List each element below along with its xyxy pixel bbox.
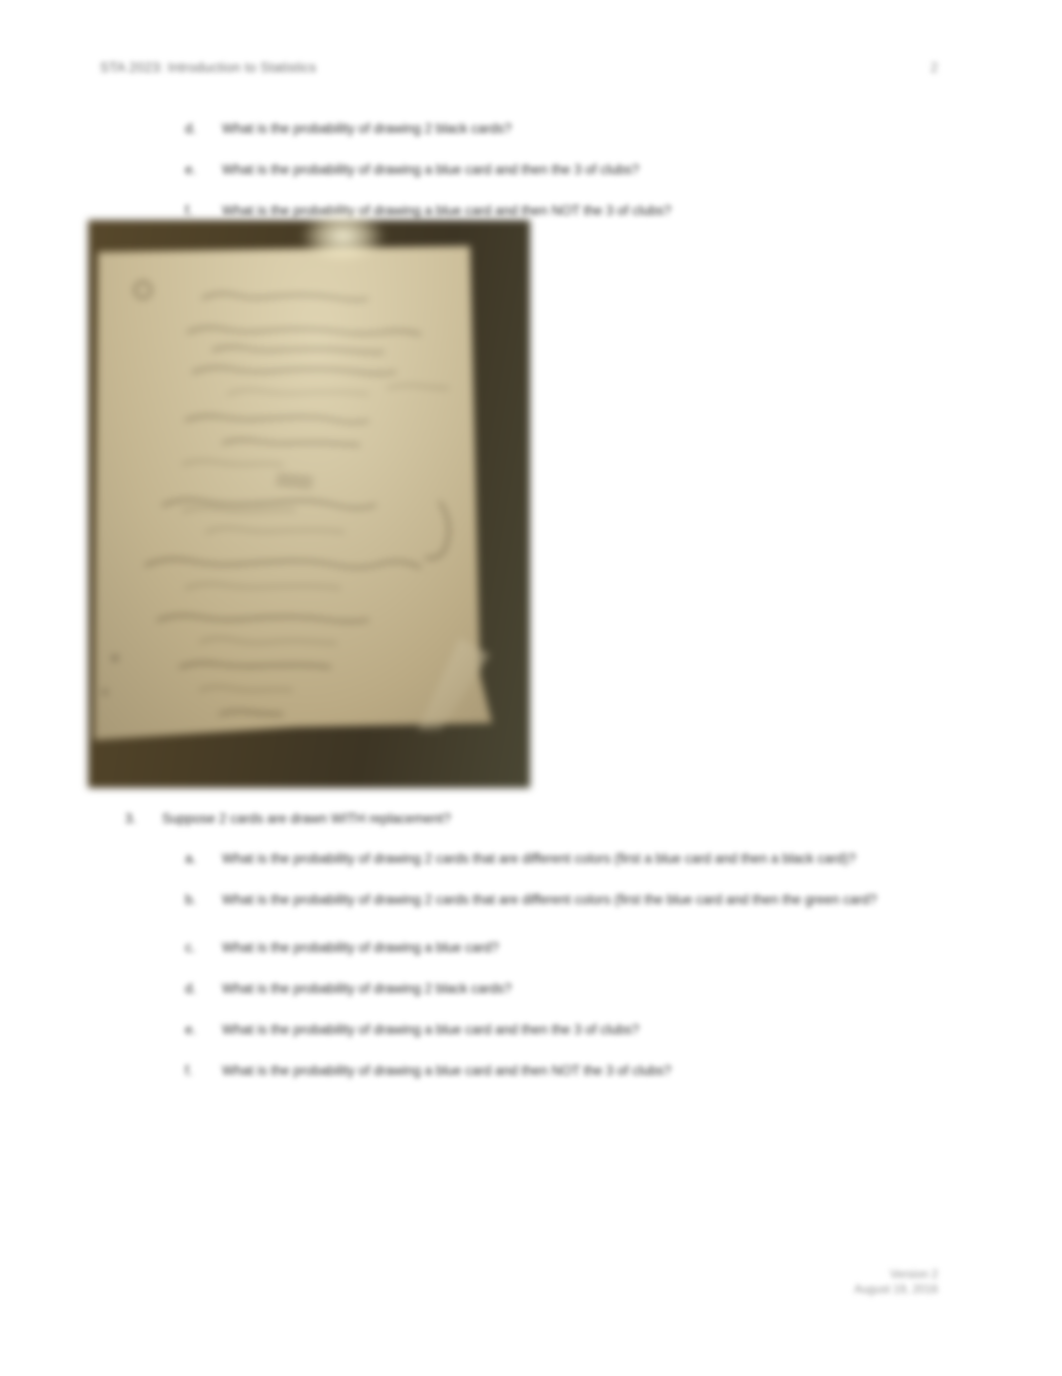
list-item: f. What is the probability of drawing a …	[185, 204, 945, 218]
list-item-text: What is the probability of drawing 2 car…	[222, 852, 856, 866]
list-marker: d.	[185, 122, 222, 136]
list-item: c. What is the probability of drawing a …	[185, 941, 1005, 955]
document-page: STA 2023: Introduction to Statistics 2 d…	[0, 0, 1062, 1376]
page-footer: Version 2 August 19, 2016	[854, 1268, 938, 1298]
list-marker: d.	[185, 982, 222, 996]
list-item: a. What is the probability of drawing 2 …	[185, 852, 1005, 866]
list-item: d. What is the probability of drawing 2 …	[185, 982, 1005, 996]
page-header: STA 2023: Introduction to Statistics 2	[100, 60, 938, 75]
footer-line2: August 19, 2016	[854, 1283, 938, 1298]
page-number: 2	[930, 60, 938, 75]
handwritten-notes-photo	[88, 220, 530, 788]
list-marker: f.	[185, 1064, 222, 1078]
question3-subitems: a. What is the probability of drawing 2 …	[185, 852, 1005, 1078]
list-marker: c.	[185, 941, 222, 955]
question3-text: Suppose 2 cards are drawn WITH replaceme…	[162, 812, 451, 826]
list-item: e. What is the probability of drawing a …	[185, 163, 945, 177]
footer-line1: Version 2	[854, 1268, 938, 1283]
list-item: b. What is the probability of drawing 2 …	[185, 893, 1005, 907]
list-marker: e.	[185, 1023, 222, 1037]
list-item: e. What is the probability of drawing a …	[185, 1023, 1005, 1037]
list-marker: a.	[185, 852, 222, 866]
list-item: d. What is the probability of drawing 2 …	[185, 122, 945, 136]
list-marker: b.	[185, 893, 222, 907]
course-title: STA 2023: Introduction to Statistics	[100, 60, 316, 75]
list-marker: e.	[185, 163, 222, 177]
list-item-text: What is the probability of drawing 2 bla…	[222, 982, 512, 996]
list-item-text: What is the probability of drawing 2 bla…	[222, 122, 512, 136]
question3-block: 3. Suppose 2 cards are drawn WITH replac…	[125, 812, 1005, 1105]
list-marker: f.	[185, 204, 222, 218]
handwriting-svg	[88, 220, 530, 788]
list-item-text: What is the probability of drawing a blu…	[222, 163, 639, 177]
list-item: f. What is the probability of drawing a …	[185, 1064, 1005, 1078]
list-item-text: What is the probability of drawing a blu…	[222, 1023, 639, 1037]
light-glare	[300, 210, 386, 262]
list-marker: 3.	[125, 812, 162, 826]
list-item-text: What is the probability of drawing a blu…	[222, 1064, 671, 1078]
list-item-text: What is the probability of drawing 2 car…	[222, 893, 877, 907]
list-item-text: What is the probability of drawing a blu…	[222, 204, 671, 218]
question3-heading: 3. Suppose 2 cards are drawn WITH replac…	[125, 812, 1005, 826]
list-item-text: What is the probability of drawing a blu…	[222, 941, 499, 955]
